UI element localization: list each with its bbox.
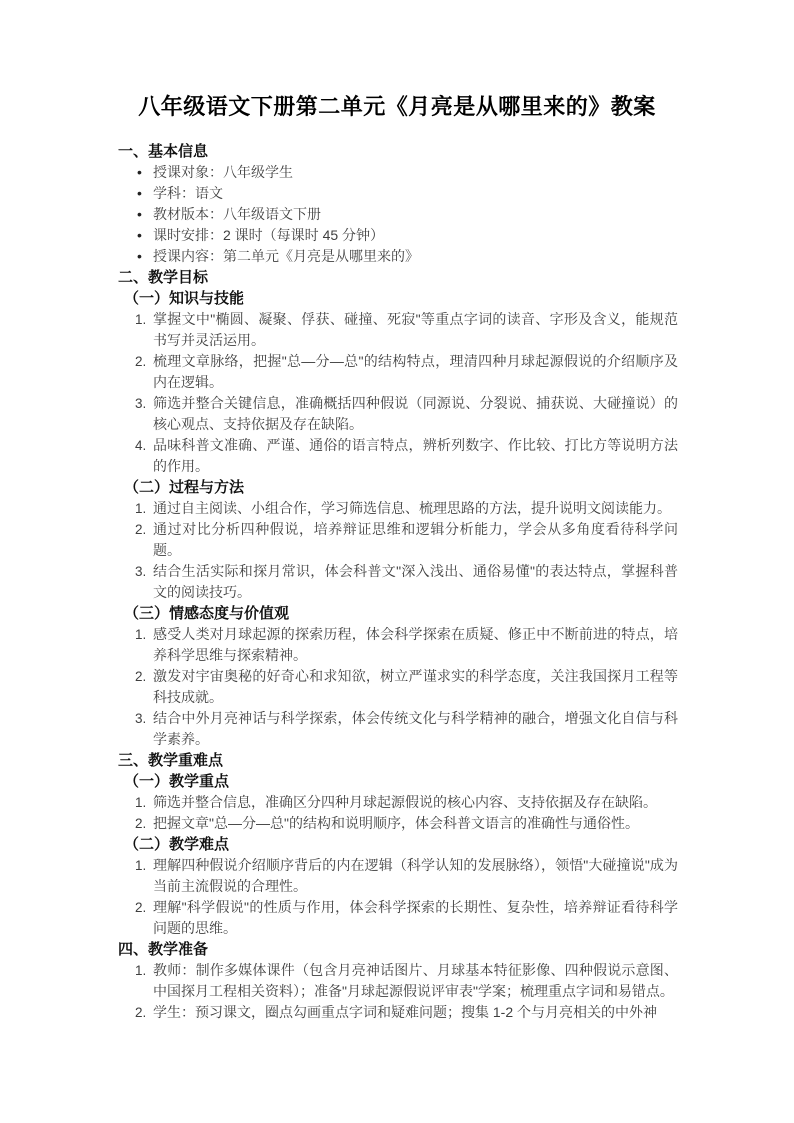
doc-body: 一、基本信息 授课对象：八年级学生 学科：语文 教材版本：八年级语文下册 课时安…	[118, 141, 678, 1023]
preparation-list: 教师：制作多媒体课件（包含月亮神话图片、月球基本特征影像、四种假说示意图、中国探…	[118, 960, 678, 1023]
list-item: 激发对宇宙奥秘的好奇心和求知欲，树立严谨求实的科学态度，关注我国探月工程等科技成…	[118, 666, 678, 708]
list-item: 学生：预习课文，圈点勾画重点字词和疑难问题；搜集 1-2 个与月亮相关的中外神	[118, 1002, 678, 1023]
process-list: 通过自主阅读、小组合作，学习筛选信息、梳理思路的方法，提升说明文阅读能力。 通过…	[118, 498, 678, 603]
doc-title: 八年级语文下册第二单元《月亮是从哪里来的》教案	[0, 0, 794, 121]
list-item: 教材版本：八年级语文下册	[118, 204, 678, 225]
section-heading-objectives: 二、教学目标	[118, 267, 678, 288]
list-item: 通过对比分析四种假说，培养辩证思维和逻辑分析能力，学会从多角度看待科学问题。	[118, 519, 678, 561]
subsection-heading-difficulty: （二）教学难点	[124, 834, 678, 855]
list-item: 品味科普文准确、严谨、通俗的语言特点，辨析列数字、作比较、打比方等说明方法的作用…	[118, 435, 678, 477]
difficulty-list: 理解四种假说介绍顺序背后的内在逻辑（科学认知的发展脉络），领悟"大碰撞说"成为当…	[118, 855, 678, 939]
subsection-heading-knowledge: （一）知识与技能	[124, 288, 678, 309]
subsection-heading-emotion: （三）情感态度与价值观	[124, 603, 678, 624]
list-item: 学科：语文	[118, 183, 678, 204]
list-item: 掌握文中"椭圆、凝聚、俘获、碰撞、死寂"等重点字词的读音、字形及含义，能规范书写…	[118, 309, 678, 351]
document-page: 八年级语文下册第二单元《月亮是从哪里来的》教案 一、基本信息 授课对象：八年级学…	[0, 0, 794, 1123]
section-heading-key-points: 三、教学重难点	[118, 750, 678, 771]
knowledge-list: 掌握文中"椭圆、凝聚、俘获、碰撞、死寂"等重点字词的读音、字形及含义，能规范书写…	[118, 309, 678, 477]
list-item: 结合中外月亮神话与科学探索，体会传统文化与科学精神的融合，增强文化自信与科学素养…	[118, 708, 678, 750]
section-heading-basic-info: 一、基本信息	[118, 141, 678, 162]
basic-info-list: 授课对象：八年级学生 学科：语文 教材版本：八年级语文下册 课时安排：2 课时（…	[118, 162, 678, 267]
list-item: 结合生活实际和探月常识，体会科普文"深入浅出、通俗易懂"的表达特点，掌握科普文的…	[118, 561, 678, 603]
subsection-heading-focus: （一）教学重点	[124, 771, 678, 792]
list-item: 课时安排：2 课时（每课时 45 分钟）	[118, 225, 678, 246]
emotion-list: 感受人类对月球起源的探索历程，体会科学探索在质疑、修正中不断前进的特点，培养科学…	[118, 624, 678, 750]
list-item: 筛选并整合信息，准确区分四种月球起源假说的核心内容、支持依据及存在缺陷。	[118, 792, 678, 813]
list-item: 授课内容：第二单元《月亮是从哪里来的》	[118, 246, 678, 267]
subsection-heading-process: （二）过程与方法	[124, 477, 678, 498]
list-item: 感受人类对月球起源的探索历程，体会科学探索在质疑、修正中不断前进的特点，培养科学…	[118, 624, 678, 666]
list-item: 授课对象：八年级学生	[118, 162, 678, 183]
list-item: 理解四种假说介绍顺序背后的内在逻辑（科学认知的发展脉络），领悟"大碰撞说"成为当…	[118, 855, 678, 897]
list-item: 梳理文章脉络，把握"总—分—总"的结构特点，理清四种月球起源假说的介绍顺序及内在…	[118, 351, 678, 393]
list-item: 理解"科学假说"的性质与作用，体会科学探索的长期性、复杂性，培养辩证看待科学问题…	[118, 897, 678, 939]
list-item: 筛选并整合关键信息，准确概括四种假说（同源说、分裂说、捕获说、大碰撞说）的核心观…	[118, 393, 678, 435]
section-heading-preparation: 四、教学准备	[118, 939, 678, 960]
list-item: 教师：制作多媒体课件（包含月亮神话图片、月球基本特征影像、四种假说示意图、中国探…	[118, 960, 678, 1002]
list-item: 把握文章"总—分—总"的结构和说明顺序，体会科普文语言的准确性与通俗性。	[118, 813, 678, 834]
focus-list: 筛选并整合信息，准确区分四种月球起源假说的核心内容、支持依据及存在缺陷。 把握文…	[118, 792, 678, 834]
list-item: 通过自主阅读、小组合作，学习筛选信息、梳理思路的方法，提升说明文阅读能力。	[118, 498, 678, 519]
